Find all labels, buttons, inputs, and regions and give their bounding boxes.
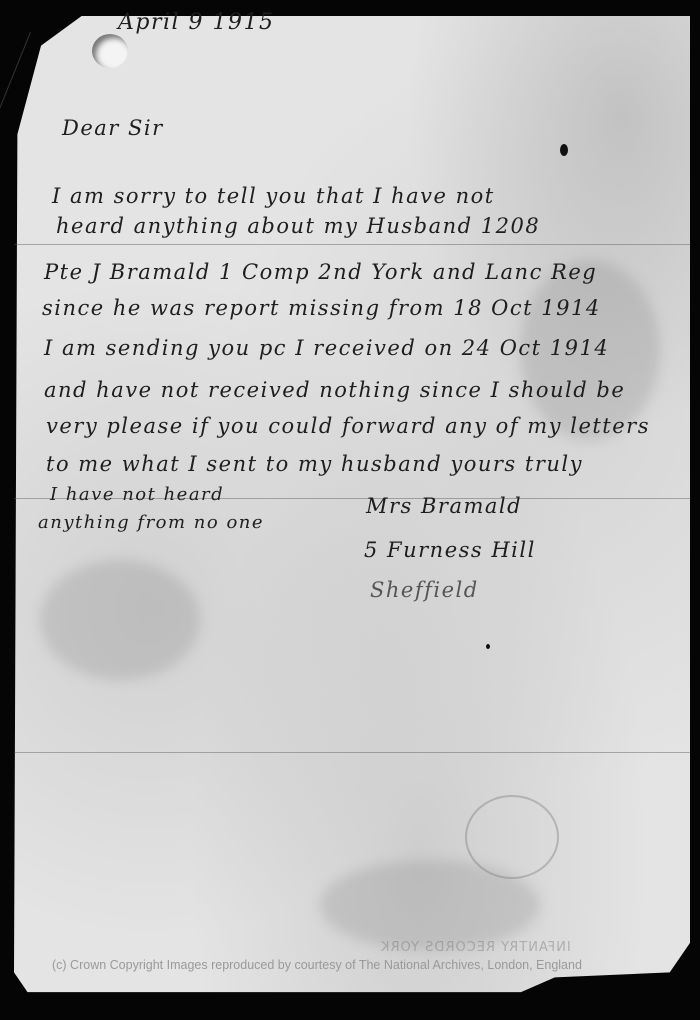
postmark-stamp — [465, 795, 559, 879]
salutation: Dear Sir — [62, 116, 164, 140]
body-line: very please if you could forward any of … — [46, 414, 650, 438]
copyright-notice: (c) Crown Copyright Images reproduced by… — [52, 958, 582, 972]
signature-name: Mrs Bramald — [366, 494, 522, 518]
body-line: to me what I sent to my husband yours tr… — [46, 452, 583, 476]
stain — [40, 560, 200, 680]
body-line: since he was report missing from 18 Oct … — [42, 296, 601, 320]
fold-line — [14, 752, 690, 753]
ink-blot — [560, 144, 568, 156]
archive-stamp: INFANTRY RECORDS YORK — [380, 940, 571, 955]
ink-blot — [486, 644, 490, 649]
body-line: I am sending you pc I received on 24 Oct… — [44, 336, 609, 360]
body-line: I am sorry to tell you that I have not — [52, 184, 495, 208]
letter-paper — [14, 16, 690, 1002]
body-line: and have not received nothing since I sh… — [44, 378, 625, 402]
postscript-line: anything from no one — [38, 512, 264, 533]
body-line: heard anything about my Husband 1208 — [56, 214, 540, 238]
postscript-line: I have not heard — [50, 484, 224, 505]
body-line: Pte J Bramald 1 Comp 2nd York and Lanc R… — [44, 260, 597, 284]
letter-date: April 9 1915 — [118, 10, 275, 35]
signature-city: Sheffield — [370, 578, 479, 602]
pin-hole — [92, 34, 128, 68]
signature-address: 5 Furness Hill — [364, 538, 536, 562]
fold-line — [14, 244, 690, 245]
